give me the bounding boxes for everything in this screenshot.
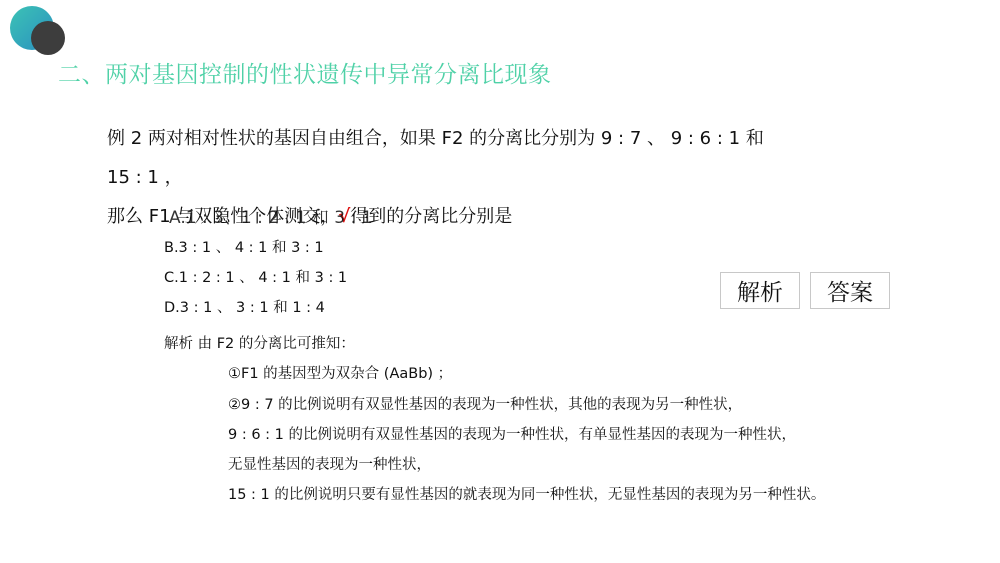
explanation-heading: 解析 由 F2 的分离比可推知：	[164, 332, 355, 353]
explanation-line-1: ①F1 的基因型为双杂合 (AaBb) ；	[228, 362, 452, 383]
answer-button[interactable]: 答案	[810, 272, 890, 309]
explanation-line-5: 15 : 1 的比例说明只要有显性基因的就表现为同一种性状，无显性基因的表现为另…	[228, 483, 825, 504]
option-a[interactable]: A.1 : 3、1 : 2 : 1 和 3 : 1	[169, 203, 372, 228]
question-line-1: 例 2 两对相对性状的基因自由组合，如果 F2 的分离比分别为 9 : 7 、 …	[107, 124, 764, 150]
option-b[interactable]: B.3 : 1 、 4 : 1 和 3 : 1	[164, 236, 324, 257]
explanation-line-4: 无显性基因的表现为一种性状，	[228, 453, 431, 474]
analysis-button[interactable]: 解析	[720, 272, 800, 309]
explanation-line-2: ②9 : 7 的比例说明有双显性基因的表现为一种性状，其他的表现为另一种性状，	[228, 393, 742, 414]
section-title: 二、两对基因控制的性状遗传中异常分离比现象	[58, 56, 552, 89]
question-line-2: 15 : 1 ，	[107, 163, 183, 189]
question-line-3-suffix: 得到的分离比分别是	[350, 206, 512, 227]
option-d[interactable]: D.3 : 1 、 3 : 1 和 1 : 4	[164, 296, 325, 317]
explanation-line-3: 9 : 6 : 1 的比例说明有双显性基因的表现为一种性状，有单显性基因的表现为…	[228, 423, 796, 444]
option-c[interactable]: C.1 : 2 : 1 、 4 : 1 和 3 : 1	[164, 266, 347, 287]
decorative-dark-circle	[31, 21, 65, 55]
